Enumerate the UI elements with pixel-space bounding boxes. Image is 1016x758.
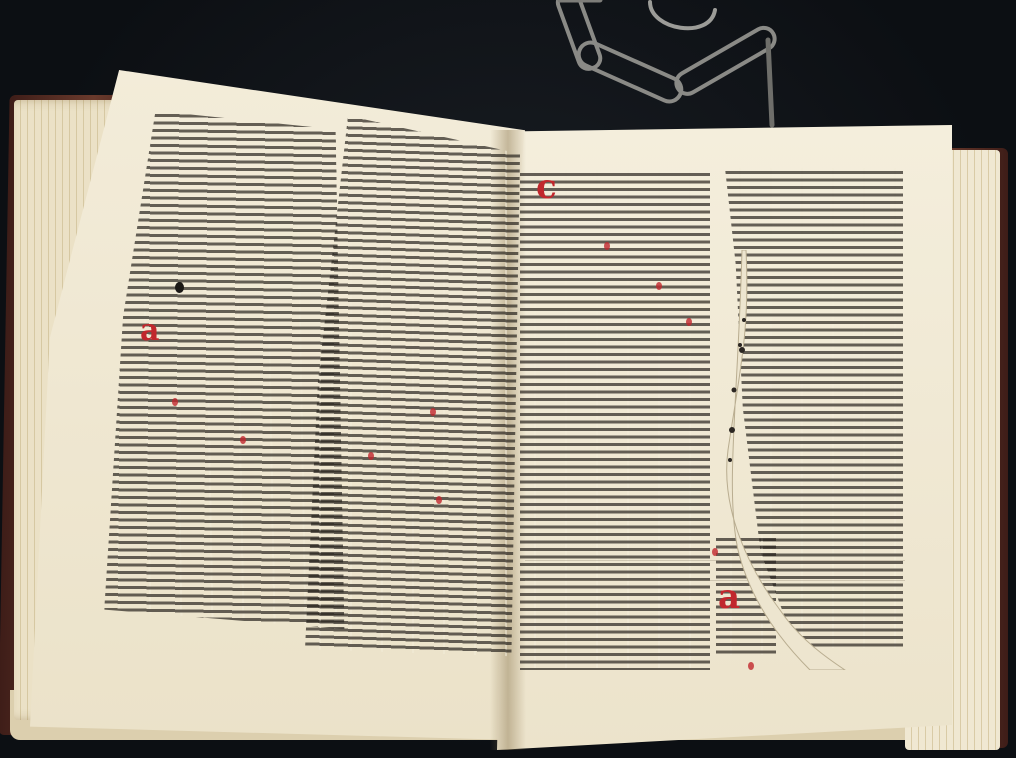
- rubric-mark: [172, 398, 178, 406]
- red-initial-a-right: a: [718, 580, 740, 614]
- right-page-column-1: [520, 170, 710, 670]
- rubric-mark: [368, 452, 374, 460]
- rubric-mark: [430, 408, 436, 416]
- rubric-mark: [240, 436, 246, 444]
- rubric-mark: [656, 282, 662, 290]
- rubric-mark: [436, 496, 442, 504]
- rubric-mark: [748, 662, 754, 670]
- metal-chain: [540, 0, 800, 140]
- rubric-mark: [712, 548, 718, 556]
- red-initial-c-right: c: [536, 170, 557, 204]
- red-initial-a-left: a: [140, 316, 159, 346]
- worm-hole: [175, 282, 184, 293]
- rubric-mark: [686, 318, 692, 326]
- rubric-mark: [604, 242, 610, 250]
